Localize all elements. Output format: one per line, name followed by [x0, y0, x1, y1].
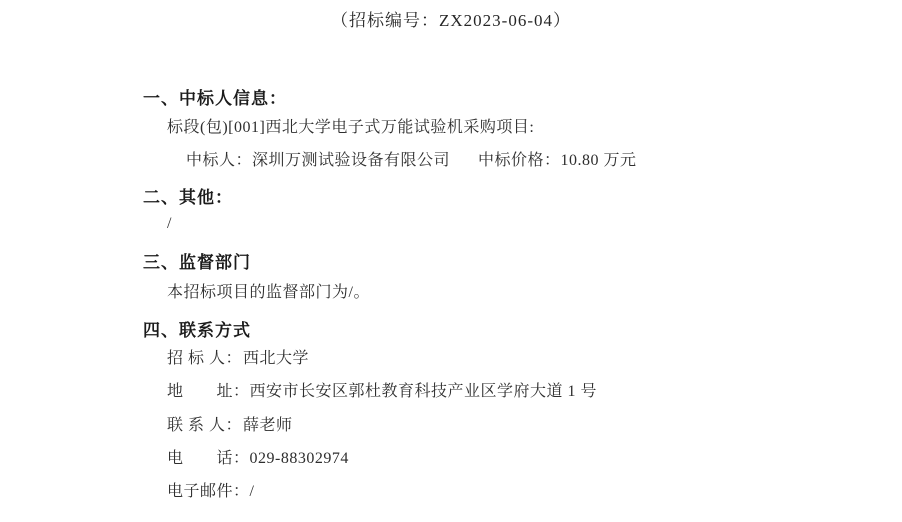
- winner-label: 中标人：: [186, 152, 252, 169]
- other-content: /: [167, 214, 172, 234]
- contact-label: 招 标 人：: [167, 349, 243, 369]
- winner-line: 中标人：深圳万测试验设备有限公司 中标价格：10.80 万元: [186, 151, 450, 171]
- price-part: 中标价格：10.80 万元: [478, 151, 637, 171]
- contact-label: 地 址：: [167, 382, 250, 402]
- contact-row-tenderer: 招 标 人：西北大学: [167, 349, 309, 369]
- section-heading-other: 二、其他：: [143, 183, 233, 208]
- document-page: （招标编号：ZX2023-06-04） 一、中标人信息： 标段(包)[001]西…: [0, 0, 902, 522]
- contact-value: 029-88302974: [250, 450, 349, 467]
- supervisor-content: 本招标项目的监督部门为/。: [167, 283, 370, 303]
- contact-value: 西北大学: [243, 350, 309, 367]
- contact-value: 薛老师: [243, 417, 293, 434]
- tender-number: （招标编号：ZX2023-06-04）: [0, 6, 902, 31]
- contact-row-address: 地 址：西安市长安区郭杜教育科技产业区学府大道 1 号: [167, 382, 597, 402]
- section-heading-supervisor: 三、监督部门: [143, 248, 251, 273]
- contact-value: /: [250, 483, 255, 500]
- section-heading-contact: 四、联系方式: [143, 316, 251, 341]
- contact-row-email: 电子邮件：/: [167, 482, 254, 502]
- contact-row-person: 联 系 人：薛老师: [167, 416, 293, 436]
- contact-label: 电子邮件：: [167, 482, 250, 502]
- contact-value: 西安市长安区郭杜教育科技产业区学府大道 1 号: [250, 383, 598, 400]
- contact-label: 联 系 人：: [167, 416, 243, 436]
- contact-label: 电 话：: [167, 449, 250, 469]
- section-heading-winner-info: 一、中标人信息：: [143, 84, 287, 109]
- price-label: 中标价格：: [478, 152, 561, 169]
- contact-row-phone: 电 话：029-88302974: [167, 449, 349, 469]
- lot-line: 标段(包)[001]西北大学电子式万能试验机采购项目:: [167, 118, 534, 138]
- winner-name: 深圳万测试验设备有限公司: [252, 152, 450, 169]
- price-value: 10.80 万元: [561, 152, 637, 169]
